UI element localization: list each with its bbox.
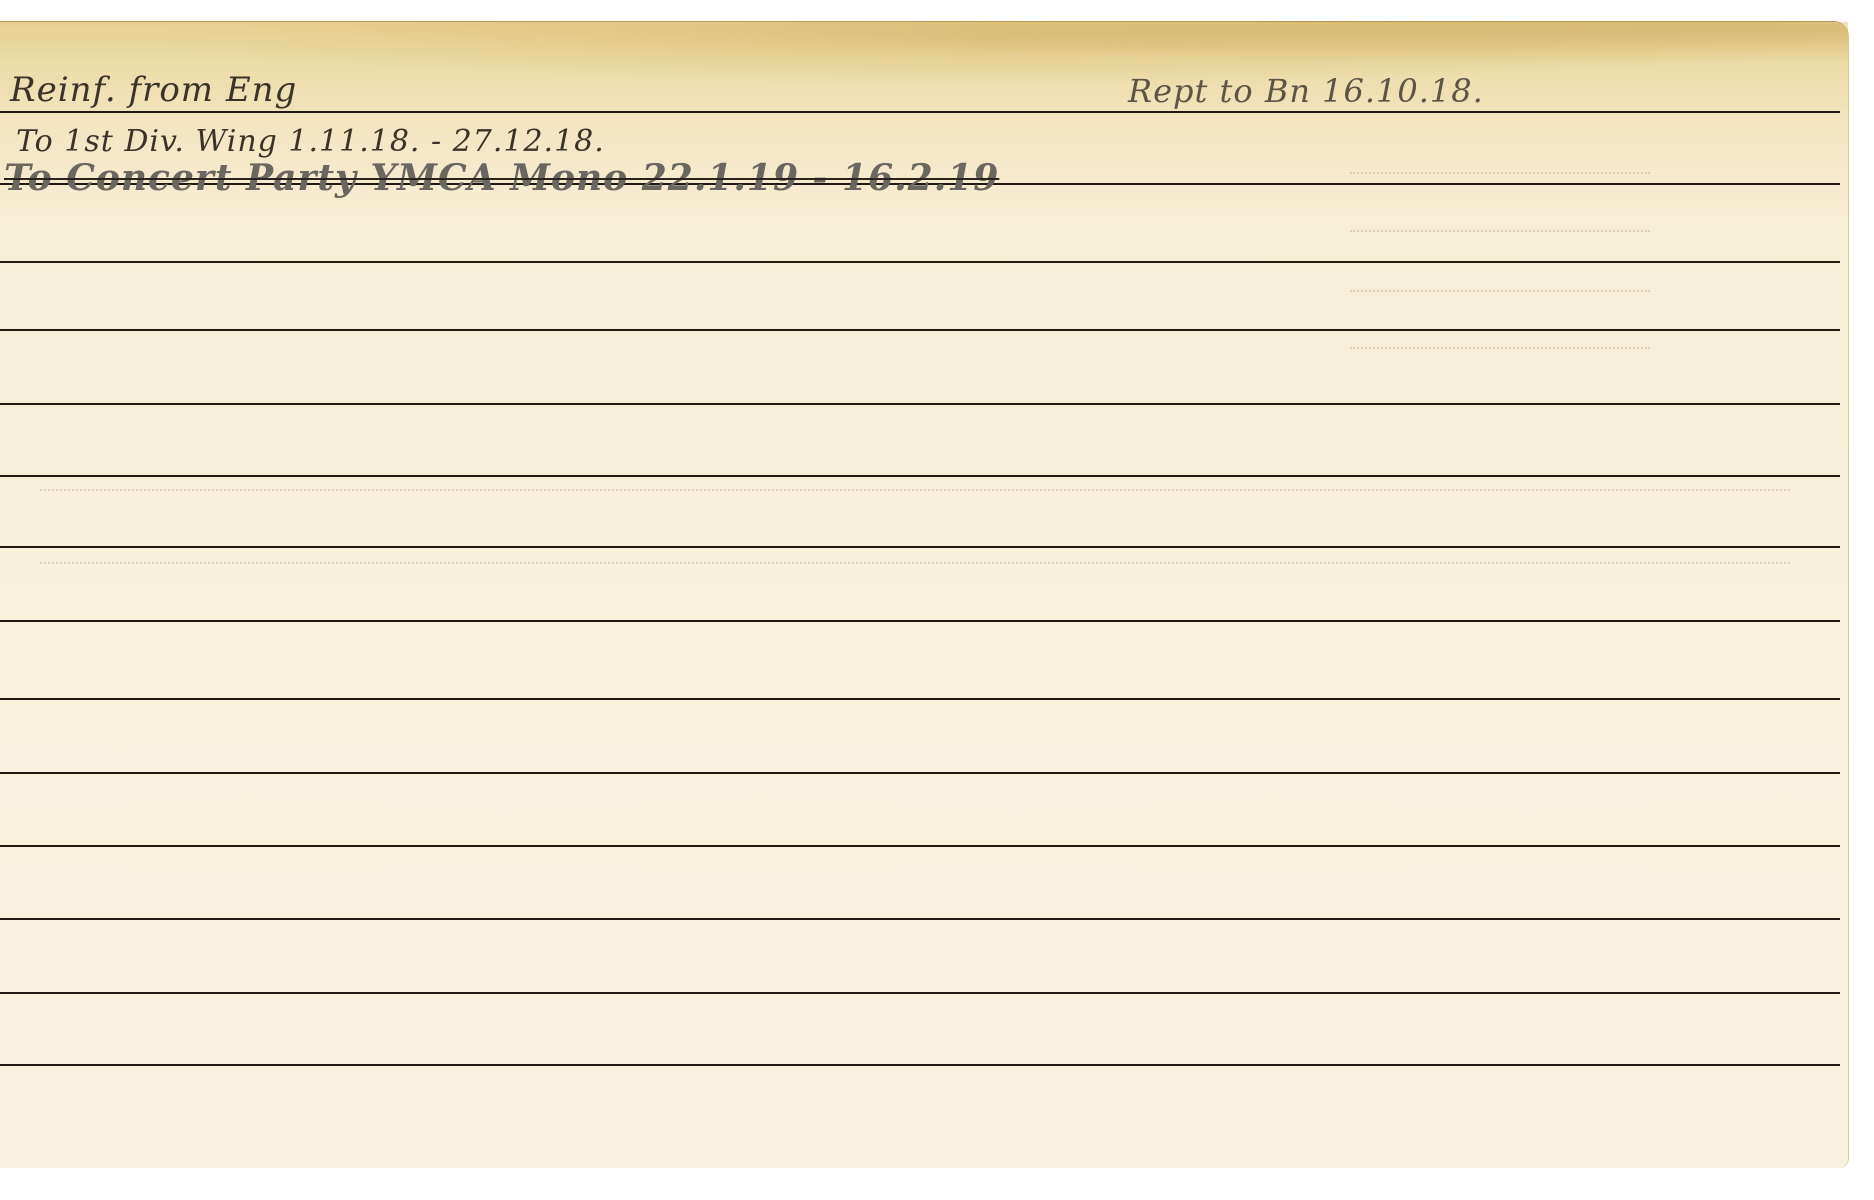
show-through-dots xyxy=(1350,172,1650,174)
entry-concert-party: To Concert Party YMCA Mono 22.1.19 - 16.… xyxy=(4,157,999,199)
entry-division-wing: To 1st Div. Wing 1.11.18. - 27.12.18. xyxy=(16,124,605,159)
ruled-line xyxy=(0,698,1840,700)
ruled-line xyxy=(0,546,1840,548)
ruled-line xyxy=(0,329,1840,331)
show-through-dots xyxy=(40,562,1790,564)
ruled-line xyxy=(0,620,1840,622)
ruled-line xyxy=(0,772,1840,774)
show-through-dots xyxy=(1350,347,1650,349)
ruled-line xyxy=(0,918,1840,920)
show-through-dots xyxy=(1350,230,1650,232)
entry-reinforcement: Reinf. from Eng xyxy=(10,70,297,110)
record-card: Reinf. from Eng Rept to Bn 16.10.18. To … xyxy=(0,22,1848,1168)
ruled-line xyxy=(0,992,1840,994)
ruled-line xyxy=(0,403,1840,405)
entry-reported-to-battalion: Rept to Bn 16.10.18. xyxy=(1128,72,1484,110)
ruled-line xyxy=(0,261,1840,263)
ruled-line xyxy=(0,111,1840,113)
ruled-line xyxy=(0,475,1840,477)
ruled-line xyxy=(0,1064,1840,1066)
ruled-line xyxy=(0,845,1840,847)
show-through-dots xyxy=(1350,290,1650,292)
show-through-dots xyxy=(40,489,1790,491)
